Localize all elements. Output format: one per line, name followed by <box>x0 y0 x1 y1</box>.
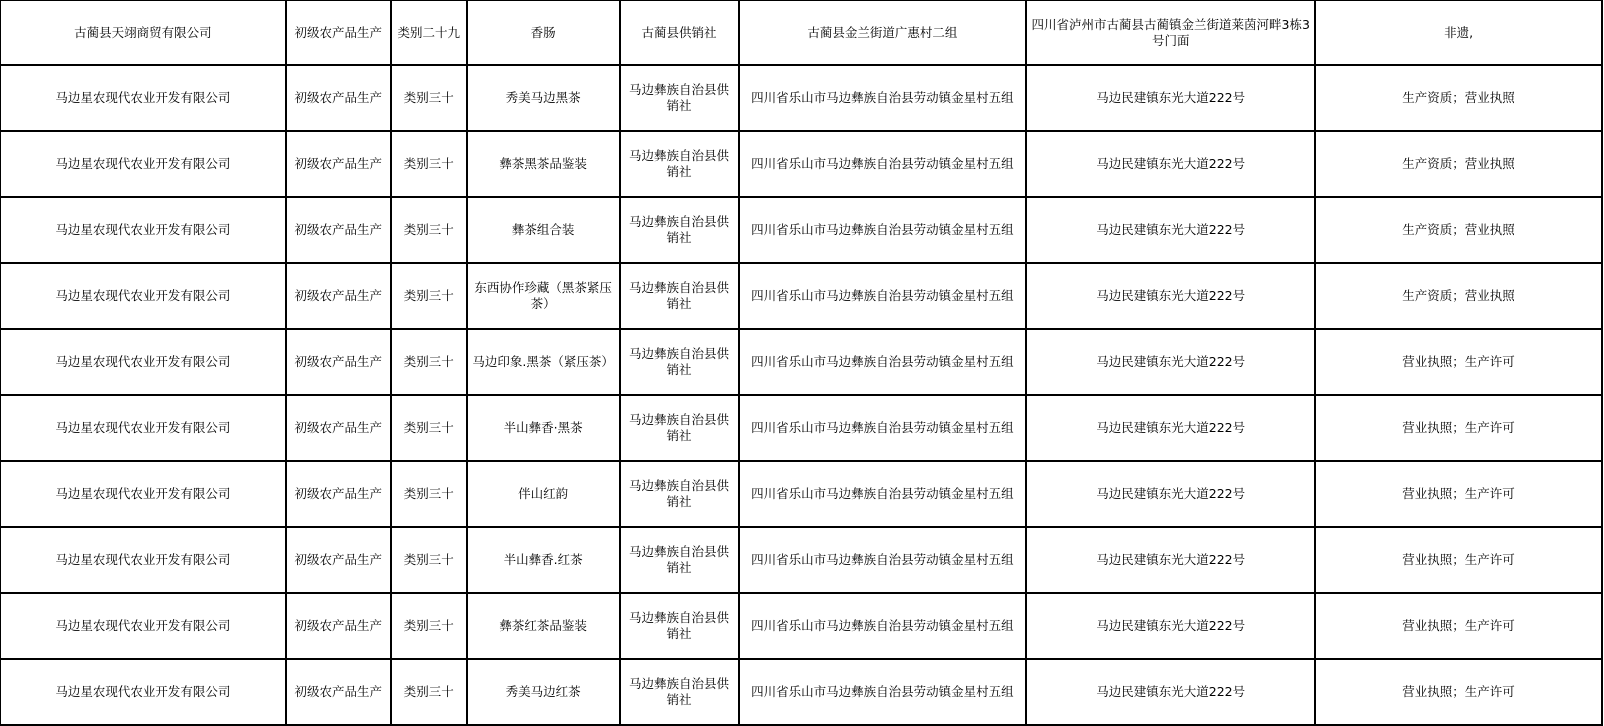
table-row: 马边星农现代农业开发有限公司 初级农产品生产 类别三十 伴山红韵 马边彝族自治县… <box>0 461 1602 527</box>
product-cell: 彝茶红茶品鉴装 <box>467 593 620 659</box>
table-row: 马边星农现代农业开发有限公司 初级农产品生产 类别三十 半山彝香·黑茶 马边彝族… <box>0 395 1602 461</box>
product-cell: 伴山红韵 <box>467 461 620 527</box>
supply-coop-cell: 古蔺县供销社 <box>620 0 739 65</box>
supply-coop-cell: 马边彝族自治县供销社 <box>620 263 739 329</box>
product-cell: 东西协作珍藏（黑茶紧压茶） <box>467 263 620 329</box>
certificates-cell: 营业执照；生产许可 <box>1315 461 1602 527</box>
company-cell: 马边星农现代农业开发有限公司 <box>0 329 286 395</box>
business-address-cell: 四川省泸州市古蔺县古蔺镇金兰街道莱茵河畔3栋3号门面 <box>1026 0 1315 65</box>
product-registry-table: 古蔺县天翊商贸有限公司 初级农产品生产 类别二十九 香肠 古蔺县供销社 古蔺县金… <box>0 0 1603 726</box>
company-cell: 马边星农现代农业开发有限公司 <box>0 527 286 593</box>
industry-cell: 初级农产品生产 <box>286 65 391 131</box>
category-cell: 类别三十 <box>391 593 467 659</box>
category-cell: 类别三十 <box>391 131 467 197</box>
production-address-cell: 四川省乐山市马边彝族自治县劳动镇金星村五组 <box>739 329 1027 395</box>
production-address-cell: 四川省乐山市马边彝族自治县劳动镇金星村五组 <box>739 527 1027 593</box>
category-cell: 类别三十 <box>391 197 467 263</box>
certificates-cell: 营业执照；生产许可 <box>1315 593 1602 659</box>
industry-cell: 初级农产品生产 <box>286 329 391 395</box>
product-cell: 秀美马边红茶 <box>467 659 620 725</box>
company-cell: 马边星农现代农业开发有限公司 <box>0 131 286 197</box>
product-cell: 半山彝香·黑茶 <box>467 395 620 461</box>
production-address-cell: 四川省乐山市马边彝族自治县劳动镇金星村五组 <box>739 197 1027 263</box>
certificates-cell: 非遗, <box>1315 0 1602 65</box>
business-address-cell: 马边民建镇东光大道222号 <box>1026 395 1315 461</box>
production-address-cell: 四川省乐山市马边彝族自治县劳动镇金星村五组 <box>739 65 1027 131</box>
production-address-cell: 四川省乐山市马边彝族自治县劳动镇金星村五组 <box>739 659 1027 725</box>
business-address-cell: 马边民建镇东光大道222号 <box>1026 65 1315 131</box>
supply-coop-cell: 马边彝族自治县供销社 <box>620 527 739 593</box>
certificates-cell: 营业执照；生产许可 <box>1315 659 1602 725</box>
category-cell: 类别二十九 <box>391 0 467 65</box>
category-cell: 类别三十 <box>391 395 467 461</box>
certificates-cell: 生产资质；营业执照 <box>1315 197 1602 263</box>
business-address-cell: 马边民建镇东光大道222号 <box>1026 659 1315 725</box>
product-cell: 马边印象.黑茶（紧压茶） <box>467 329 620 395</box>
certificates-cell: 营业执照；生产许可 <box>1315 395 1602 461</box>
production-address-cell: 四川省乐山市马边彝族自治县劳动镇金星村五组 <box>739 263 1027 329</box>
table-row: 马边星农现代农业开发有限公司 初级农产品生产 类别三十 秀美马边红茶 马边彝族自… <box>0 659 1602 725</box>
company-cell: 马边星农现代农业开发有限公司 <box>0 263 286 329</box>
supply-coop-cell: 马边彝族自治县供销社 <box>620 197 739 263</box>
supply-coop-cell: 马边彝族自治县供销社 <box>620 659 739 725</box>
company-cell: 马边星农现代农业开发有限公司 <box>0 659 286 725</box>
product-cell: 彝茶组合装 <box>467 197 620 263</box>
industry-cell: 初级农产品生产 <box>286 527 391 593</box>
table-row: 马边星农现代农业开发有限公司 初级农产品生产 类别三十 马边印象.黑茶（紧压茶）… <box>0 329 1602 395</box>
production-address-cell: 古蔺县金兰街道广惠村二组 <box>739 0 1027 65</box>
category-cell: 类别三十 <box>391 527 467 593</box>
certificates-cell: 生产资质；营业执照 <box>1315 131 1602 197</box>
supply-coop-cell: 马边彝族自治县供销社 <box>620 593 739 659</box>
industry-cell: 初级农产品生产 <box>286 395 391 461</box>
industry-cell: 初级农产品生产 <box>286 461 391 527</box>
product-cell: 香肠 <box>467 0 620 65</box>
certificates-cell: 营业执照；生产许可 <box>1315 527 1602 593</box>
category-cell: 类别三十 <box>391 65 467 131</box>
supply-coop-cell: 马边彝族自治县供销社 <box>620 65 739 131</box>
industry-cell: 初级农产品生产 <box>286 197 391 263</box>
production-address-cell: 四川省乐山市马边彝族自治县劳动镇金星村五组 <box>739 461 1027 527</box>
category-cell: 类别三十 <box>391 461 467 527</box>
production-address-cell: 四川省乐山市马边彝族自治县劳动镇金星村五组 <box>739 593 1027 659</box>
product-cell: 秀美马边黑茶 <box>467 65 620 131</box>
table-row: 马边星农现代农业开发有限公司 初级农产品生产 类别三十 彝茶黑茶品鉴装 马边彝族… <box>0 131 1602 197</box>
supply-coop-cell: 马边彝族自治县供销社 <box>620 131 739 197</box>
business-address-cell: 马边民建镇东光大道222号 <box>1026 263 1315 329</box>
supply-coop-cell: 马边彝族自治县供销社 <box>620 329 739 395</box>
business-address-cell: 马边民建镇东光大道222号 <box>1026 461 1315 527</box>
category-cell: 类别三十 <box>391 263 467 329</box>
production-address-cell: 四川省乐山市马边彝族自治县劳动镇金星村五组 <box>739 131 1027 197</box>
company-cell: 马边星农现代农业开发有限公司 <box>0 395 286 461</box>
certificates-cell: 生产资质；营业执照 <box>1315 263 1602 329</box>
industry-cell: 初级农产品生产 <box>286 659 391 725</box>
product-cell: 彝茶黑茶品鉴装 <box>467 131 620 197</box>
product-cell: 半山彝香.红茶 <box>467 527 620 593</box>
business-address-cell: 马边民建镇东光大道222号 <box>1026 197 1315 263</box>
certificates-cell: 生产资质；营业执照 <box>1315 65 1602 131</box>
company-cell: 马边星农现代农业开发有限公司 <box>0 461 286 527</box>
table-row: 马边星农现代农业开发有限公司 初级农产品生产 类别三十 彝茶组合装 马边彝族自治… <box>0 197 1602 263</box>
table-row: 古蔺县天翊商贸有限公司 初级农产品生产 类别二十九 香肠 古蔺县供销社 古蔺县金… <box>0 0 1602 65</box>
supply-coop-cell: 马边彝族自治县供销社 <box>620 395 739 461</box>
company-cell: 马边星农现代农业开发有限公司 <box>0 65 286 131</box>
company-cell: 马边星农现代农业开发有限公司 <box>0 593 286 659</box>
certificates-cell: 营业执照；生产许可 <box>1315 329 1602 395</box>
business-address-cell: 马边民建镇东光大道222号 <box>1026 131 1315 197</box>
supply-coop-cell: 马边彝族自治县供销社 <box>620 461 739 527</box>
industry-cell: 初级农产品生产 <box>286 263 391 329</box>
table-row: 马边星农现代农业开发有限公司 初级农产品生产 类别三十 彝茶红茶品鉴装 马边彝族… <box>0 593 1602 659</box>
company-cell: 古蔺县天翊商贸有限公司 <box>0 0 286 65</box>
table-row: 马边星农现代农业开发有限公司 初级农产品生产 类别三十 半山彝香.红茶 马边彝族… <box>0 527 1602 593</box>
table-row: 马边星农现代农业开发有限公司 初级农产品生产 类别三十 秀美马边黑茶 马边彝族自… <box>0 65 1602 131</box>
category-cell: 类别三十 <box>391 329 467 395</box>
industry-cell: 初级农产品生产 <box>286 0 391 65</box>
table-row: 马边星农现代农业开发有限公司 初级农产品生产 类别三十 东西协作珍藏（黑茶紧压茶… <box>0 263 1602 329</box>
business-address-cell: 马边民建镇东光大道222号 <box>1026 329 1315 395</box>
industry-cell: 初级农产品生产 <box>286 131 391 197</box>
production-address-cell: 四川省乐山市马边彝族自治县劳动镇金星村五组 <box>739 395 1027 461</box>
industry-cell: 初级农产品生产 <box>286 593 391 659</box>
business-address-cell: 马边民建镇东光大道222号 <box>1026 593 1315 659</box>
category-cell: 类别三十 <box>391 659 467 725</box>
business-address-cell: 马边民建镇东光大道222号 <box>1026 527 1315 593</box>
company-cell: 马边星农现代农业开发有限公司 <box>0 197 286 263</box>
